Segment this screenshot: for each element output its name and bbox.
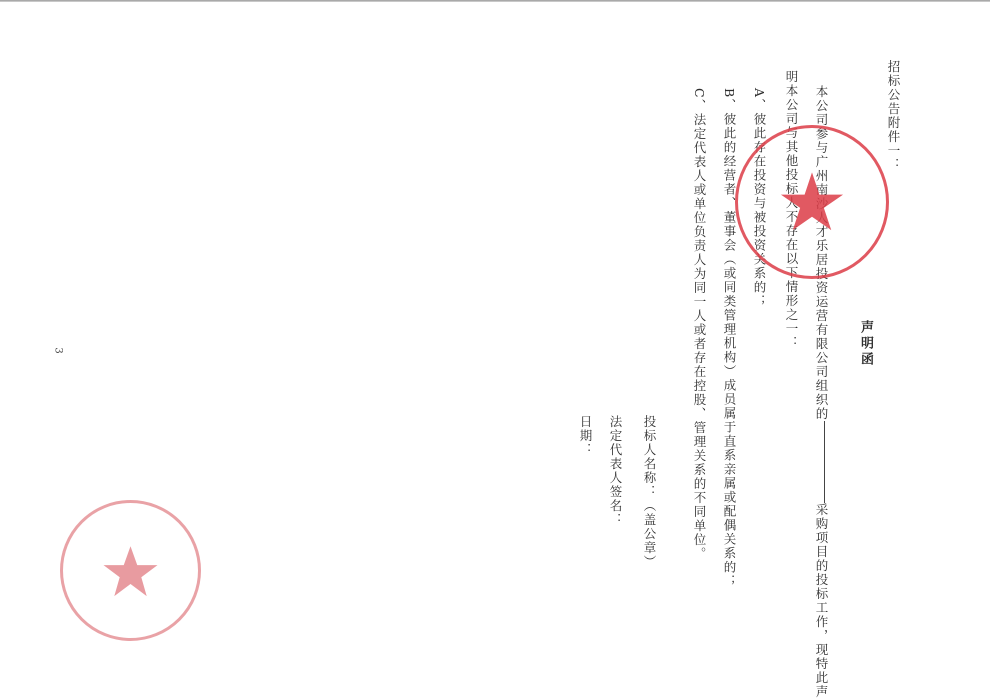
signature-bidder-name: 投标人名称：（盖公章）: [642, 415, 656, 569]
attachment-label: 招标公告附件一：: [886, 60, 900, 172]
star-icon: [63, 503, 198, 638]
scan-top-edge: [0, 0, 990, 2]
item-b: B、彼此的经营者、董事会（或同类管理机构）成员属于直系亲属或配偶关系的；: [722, 88, 736, 589]
company-seal-upper: [735, 125, 889, 279]
item-c: C、法定代表人或单位负责人为同一人或者存在控股、管理关系的不同单位。: [692, 88, 706, 561]
page-number: 3: [53, 347, 64, 353]
signature-date: 日期：: [578, 415, 592, 457]
signature-legal-rep: 法定代表人签名：: [608, 415, 622, 527]
document-title: 声明函: [858, 320, 872, 368]
company-seal-lower: [60, 500, 201, 641]
fill-in-blank: [824, 421, 825, 503]
paragraph-1-part-b: 采购项目的投标工作，现特此声: [814, 503, 829, 699]
star-icon: [738, 128, 886, 276]
